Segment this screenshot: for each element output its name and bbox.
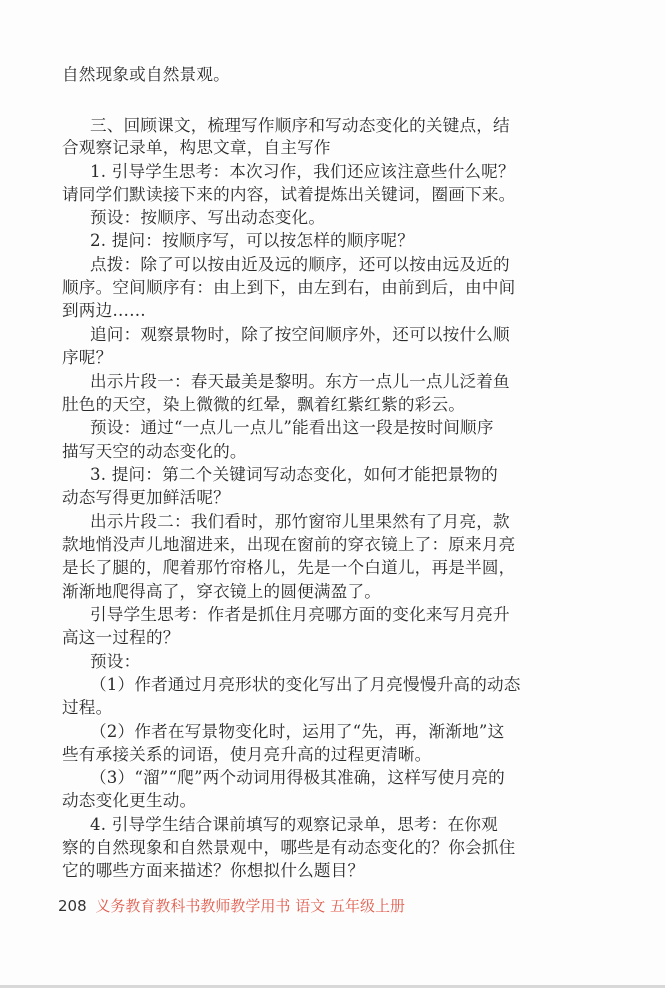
text-line: 预设：按顺序、写出动态变化。 [90, 208, 446, 228]
text-line: 点拨：除了可以按由近及远的顺序，还可以按由远及近的 [90, 255, 446, 275]
text-line: 自然现象或自然景观。 [62, 65, 446, 85]
text-line: 到两边…… [62, 301, 446, 321]
text-line: 动态写得更加鲜活呢？ [62, 488, 446, 508]
text-line: 是长了腿的，爬着那竹帘格儿，先是一个白道儿，再是半圆， [62, 558, 446, 578]
text-line: （3）“溜”“爬”两个动词用得极其准确，这样写使月亮的 [90, 768, 446, 788]
text-line: 引导学生思考：作者是抓住月亮哪方面的变化来写月亮升 [90, 605, 446, 625]
text-line: 1. 引导学生思考：本次习作，我们还应该注意些什么呢？ [90, 162, 446, 182]
text-line: 动态变化更生动。 [62, 791, 446, 811]
text-line: 高这一过程的？ [62, 628, 446, 648]
text-line: 肚色的天空，染上微微的红晕，飘着红紫红紫的彩云。 [62, 395, 446, 415]
text-line: 出示片段二：我们看时，那竹窗帘儿里果然有了月亮，款 [90, 512, 446, 532]
page-number: 208 [58, 897, 87, 915]
text-line: 序呢？ [62, 348, 446, 368]
text-line: 些有承接关系的词语，使月亮升高的过程更清晰。 [62, 745, 446, 765]
text-line: （1）作者通过月亮形状的变化写出了月亮慢慢升高的动态 [90, 675, 446, 695]
text-line: 预设：通过“一点儿一点儿”能看出这一段是按时间顺序 [90, 418, 446, 438]
book-title: 义务教育教科书教师教学用书 语文 五年级上册 [95, 897, 405, 915]
text-line: 2. 提问：按顺序写，可以按怎样的顺序呢？ [90, 231, 446, 251]
text-line: 它的哪些方面来描述？你想拟什么题目？ [62, 861, 446, 881]
text-line: 款地悄没声儿地溜进来，出现在窗前的穿衣镜上了：原来月亮 [62, 535, 446, 555]
text-line: 追问：观察景物时，除了按空间顺序外，还可以按什么顺 [90, 325, 446, 345]
text-line: 出示片段一：春天最美是黎明。东方一点儿一点儿泛着鱼 [90, 372, 446, 392]
text-line: 过程。 [62, 698, 446, 718]
text-line: （2）作者在写景物变化时，运用了“先，再，渐渐地”这 [90, 722, 446, 742]
page-footer: 208 义务教育教科书教师教学用书 语文 五年级上册 [58, 896, 405, 916]
text-line: 预设： [90, 652, 446, 672]
text-line: 请同学们默读接下来的内容，试着提炼出关键词，圈画下来。 [62, 185, 446, 205]
text-line: 渐渐地爬得高了，穿衣镜上的圆便满盈了。 [62, 582, 446, 602]
text-line: 3. 提问：第二个关键词写动态变化，如何才能把景物的 [90, 465, 446, 485]
document-page: 自然现象或自然景观。三、回顾课文，梳理写作顺序和写动态变化的关键点，结合观察记录… [0, 0, 665, 988]
text-line: 三、回顾课文，梳理写作顺序和写动态变化的关键点，结 [90, 116, 446, 136]
text-line: 察的自然现象和自然景观中，哪些是有动态变化的？你会抓住 [62, 838, 446, 858]
text-line: 4. 引导学生结合课前填写的观察记录单，思考：在你观 [90, 815, 446, 835]
text-line: 合观察记录单，构思文章，自主写作 [62, 138, 446, 158]
text-line: 顺序。空间顺序有：由上到下，由左到右，由前到后，由中间 [62, 278, 446, 298]
text-line: 描写天空的动态变化的。 [62, 442, 446, 462]
